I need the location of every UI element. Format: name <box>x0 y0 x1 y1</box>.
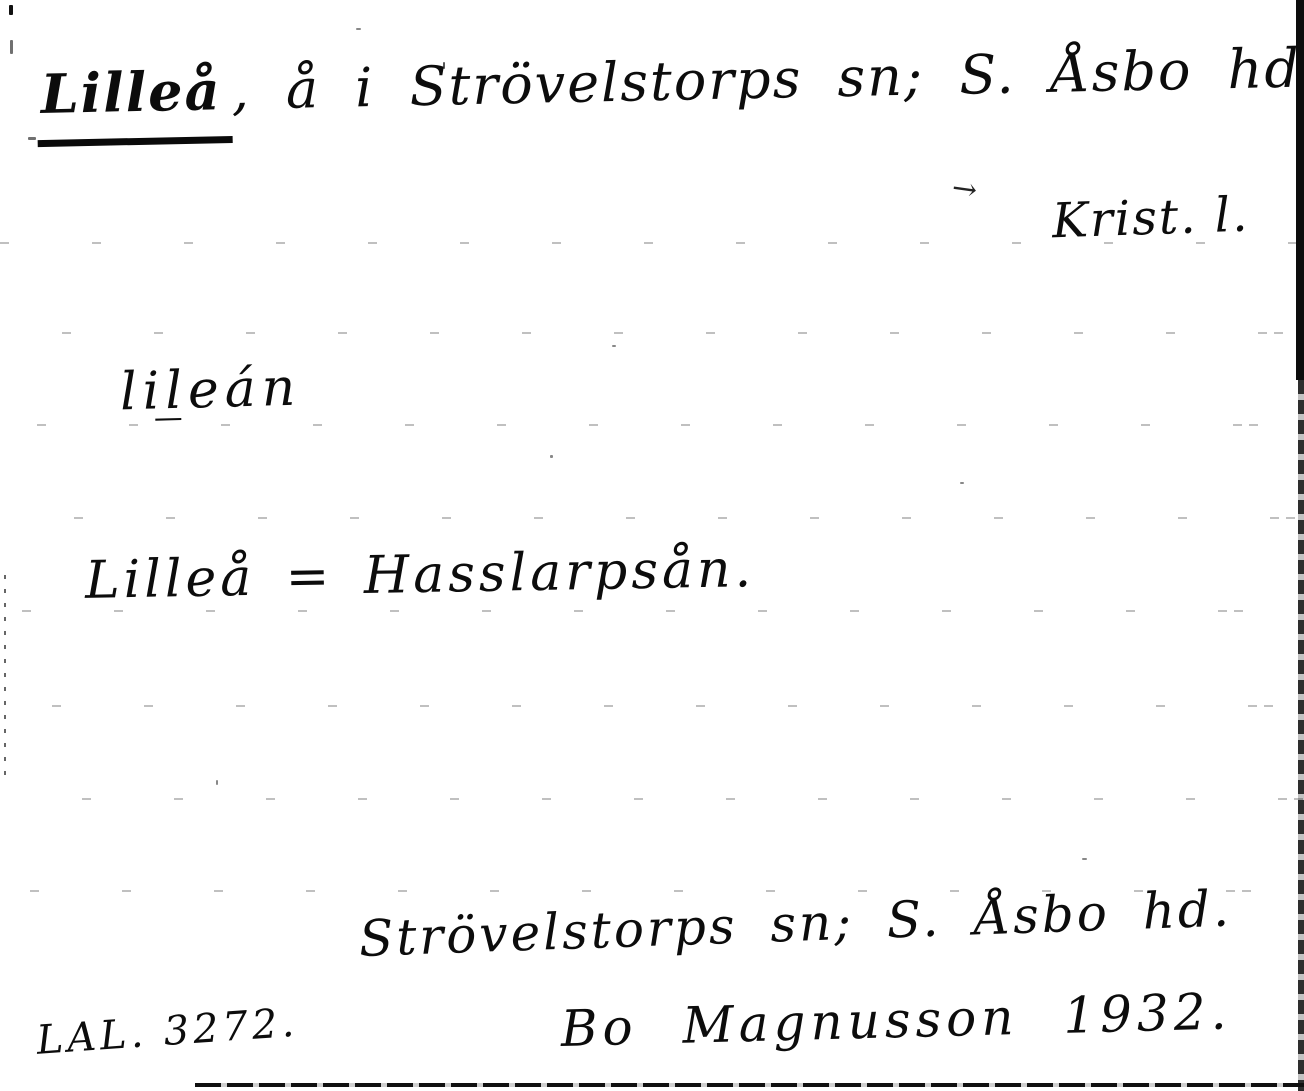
ruled-line <box>0 610 1304 612</box>
scan-edge-bottom <box>195 1083 1304 1087</box>
identification-line: Lilleå = Hasslarpsån. <box>85 539 756 611</box>
scan-speck <box>550 455 553 458</box>
scan-speck <box>612 345 616 347</box>
phonetic-form: lil̲eán <box>119 358 302 423</box>
ruled-line <box>0 424 1304 426</box>
index-card: Lilleå, å i Strövelstorps sn; S. Åsbo hd… <box>0 0 1304 1091</box>
recorder-signature: Bo Magnusson 1932. <box>560 982 1232 1058</box>
ruled-line <box>0 517 1304 519</box>
county-abbreviation: Krist. l. <box>1051 187 1250 250</box>
headword: Lilleå <box>36 58 233 147</box>
scan-speck <box>10 40 13 54</box>
scan-speck <box>960 482 964 484</box>
ruled-line <box>0 332 1304 334</box>
scan-edge-right-lower <box>1298 380 1304 1091</box>
arrow-icon: → <box>950 170 982 208</box>
archive-code: LAL. 3272. <box>35 1000 300 1064</box>
ruled-line <box>0 798 1304 800</box>
source-locality: Strövelstorps sn; S. Åsbo hd. <box>358 880 1233 968</box>
scan-speck <box>1082 858 1087 860</box>
scan-speck <box>356 28 361 30</box>
scan-edge-left <box>4 575 6 775</box>
scan-speck <box>216 780 218 785</box>
ruled-line <box>0 705 1304 707</box>
entry-line-rest: , å i Strövelstorps sn; S. Åsbo hd.; <box>231 36 1304 122</box>
scan-speck <box>28 137 36 140</box>
scan-speck <box>9 5 13 15</box>
entry-line: Lilleå, å i Strövelstorps sn; S. Åsbo hd… <box>40 35 1304 147</box>
